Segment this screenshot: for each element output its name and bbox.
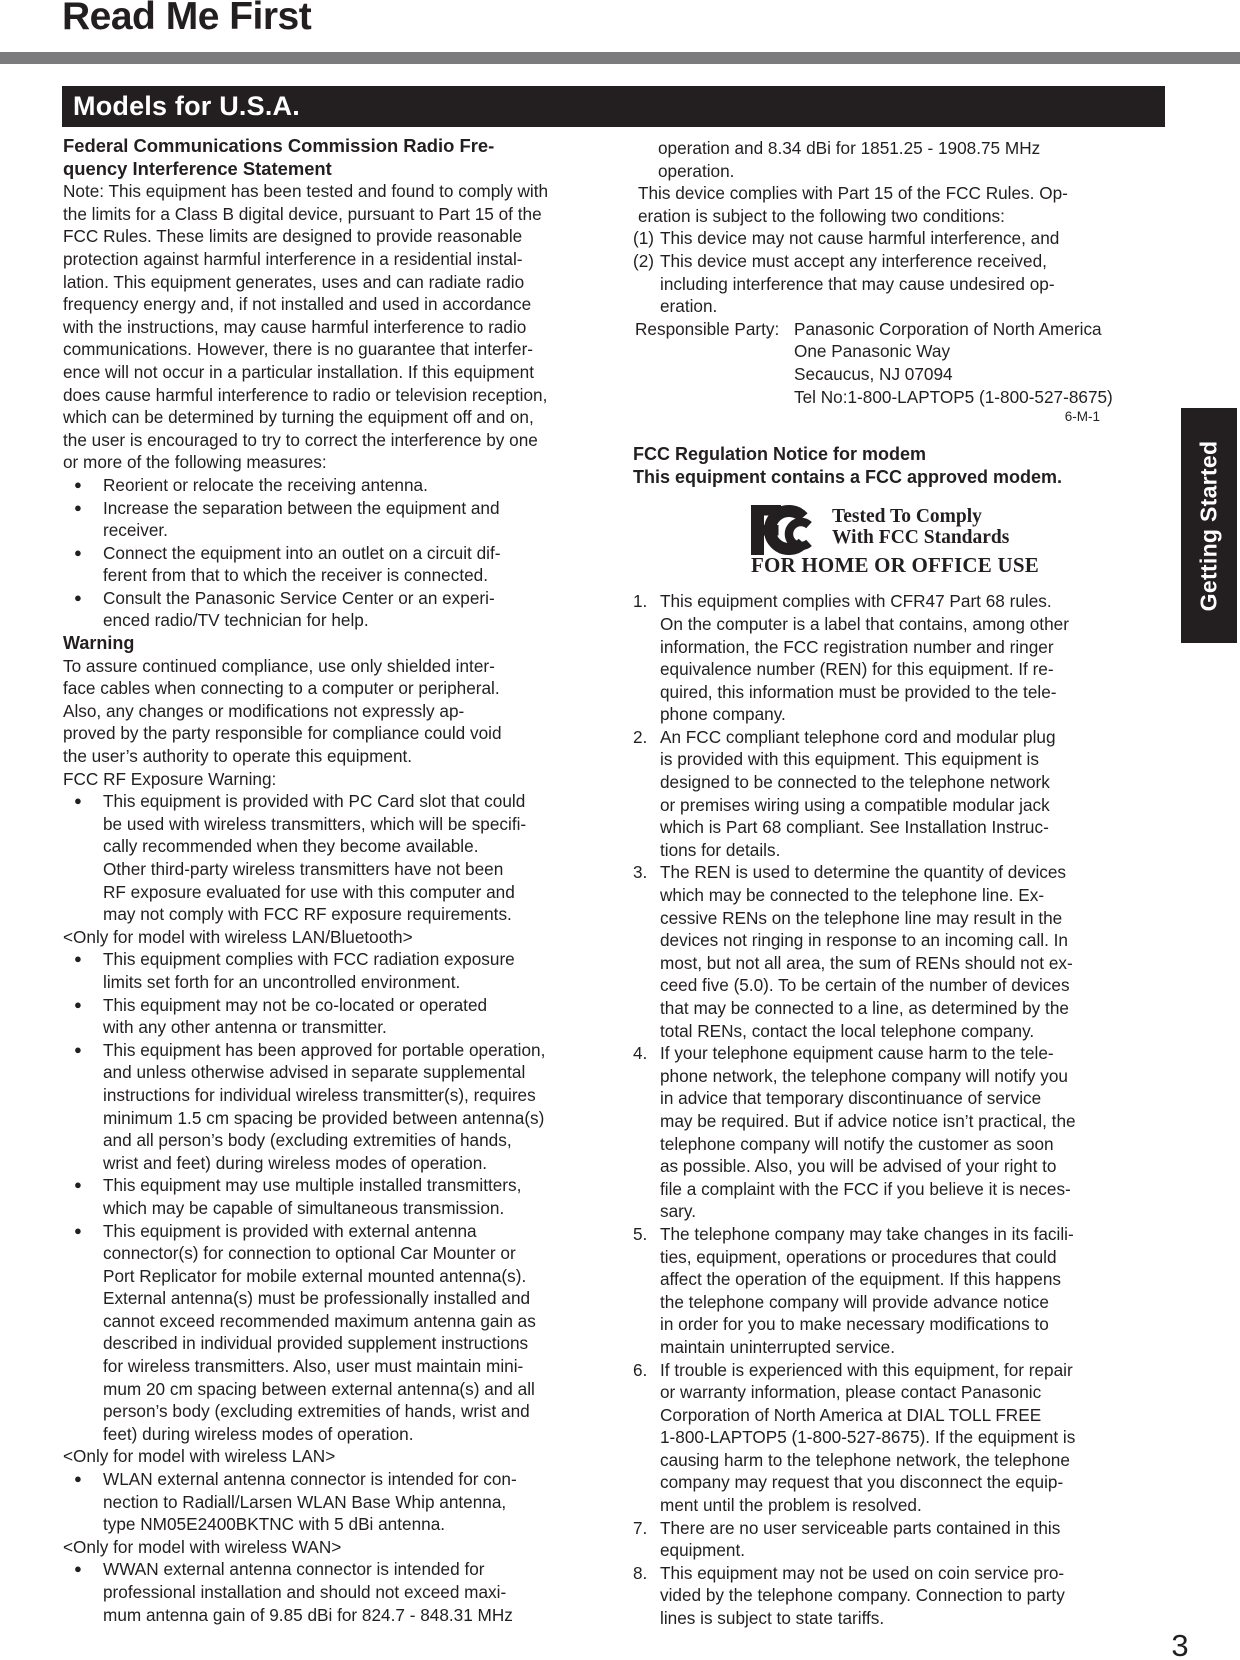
title-divider-bar: [0, 52, 1240, 64]
right-list-item: 2.An FCC compliant telephone cord and mo…: [633, 726, 1107, 862]
chapter-tab-label: Getting Started: [1196, 440, 1223, 611]
bullet-text: This equipment is provided with external…: [103, 1220, 536, 1446]
bullet-text: This equipment complies with FCC radiati…: [103, 948, 515, 993]
bullet-icon: ●: [63, 1468, 103, 1536]
list-marker: 7.: [633, 1517, 660, 1562]
left-bullet-item: ●This equipment is provided with externa…: [63, 1220, 575, 1446]
list-marker: 5.: [633, 1223, 660, 1359]
fcc-mark-usage-line: FOR HOME OR OFFICE USE: [751, 554, 1039, 576]
bullet-text: WWAN external antenna connector is inten…: [103, 1558, 513, 1626]
right-continuation-text: This device complies with Part 15 of the…: [633, 182, 1107, 227]
bullet-icon: ●: [63, 542, 103, 587]
bullet-text: Connect the equipment into an outlet on …: [103, 542, 500, 587]
right-list-item: 3.The REN is used to determine the quant…: [633, 861, 1107, 1042]
list-item-text: If your telephone equipment cause harm t…: [660, 1042, 1076, 1223]
list-item-text: This device may not cause harmful interf…: [660, 227, 1059, 250]
bullet-icon: ●: [63, 1558, 103, 1626]
manual-page: Read Me First Models for U.S.A. Federal …: [0, 0, 1240, 1660]
left-bullet-item: ●WWAN external antenna connector is inte…: [63, 1558, 575, 1626]
list-marker: 4.: [633, 1042, 660, 1223]
bullet-icon: ●: [63, 1039, 103, 1175]
bullet-icon: ●: [63, 497, 103, 542]
list-marker: 6.: [633, 1359, 660, 1517]
list-marker: 3.: [633, 861, 660, 1042]
right-list-item: 8.This equipment may not be used on coin…: [633, 1562, 1107, 1630]
bullet-icon: ●: [63, 790, 103, 926]
left-paragraph: Note: This equipment has been tested and…: [63, 180, 575, 474]
left-bullet-item: ●This equipment may use multiple install…: [63, 1174, 575, 1219]
list-item-text: The REN is used to determine the quantit…: [660, 861, 1073, 1042]
bullet-text: This equipment has been approved for por…: [103, 1039, 545, 1175]
page-title: Read Me First: [62, 0, 311, 39]
right-column: operation and 8.34 dBi for 1851.25 - 190…: [633, 137, 1107, 1630]
bullet-icon: ●: [63, 1220, 103, 1446]
left-bullet-item: ●WLAN external antenna connector is inte…: [63, 1468, 575, 1536]
right-list-item: (2)This device must accept any interfere…: [633, 250, 1107, 318]
list-item-text: This equipment may not be used on coin s…: [660, 1562, 1065, 1630]
list-item-text: The telephone company may take changes i…: [660, 1223, 1074, 1359]
bullet-text: Consult the Panasonic Service Center or …: [103, 587, 495, 632]
revision-code: 6-M-1: [633, 408, 1107, 426]
bullet-text: This equipment may use multiple installe…: [103, 1174, 521, 1219]
left-paragraph: <Only for model with wireless WAN>: [63, 1536, 575, 1559]
left-bullet-item: ●Connect the equipment into an outlet on…: [63, 542, 575, 587]
bullet-icon: ●: [63, 474, 103, 497]
chapter-tab: Getting Started: [1181, 408, 1237, 643]
fcc-mark-caption: Tested To Comply With FCC Standards: [832, 506, 1009, 548]
list-marker: 8.: [633, 1562, 660, 1630]
left-bullet-item: ●This equipment has been approved for po…: [63, 1039, 575, 1175]
fcc-logo-icon: [751, 505, 821, 555]
list-item-text: An FCC compliant telephone cord and modu…: [660, 726, 1056, 862]
right-list-item: 7.There are no user serviceable parts co…: [633, 1517, 1107, 1562]
left-bullet-item: ●This equipment complies with FCC radiat…: [63, 948, 575, 993]
left-bullet-item: ●Increase the separation between the equ…: [63, 497, 575, 542]
page-number: 3: [1155, 1632, 1205, 1660]
list-item-text: This equipment complies with CFR47 Part …: [660, 590, 1069, 726]
right-list-item: (1)This device may not cause harmful int…: [633, 227, 1107, 250]
list-marker: (1): [633, 227, 660, 250]
bullet-text: This equipment may not be co-located or …: [103, 994, 487, 1039]
right-continuation-text: operation and 8.34 dBi for 1851.25 - 190…: [633, 137, 1107, 182]
bullet-text: WLAN external antenna connector is inten…: [103, 1468, 517, 1536]
right-list-item: 6.If trouble is experienced with this eq…: [633, 1359, 1107, 1517]
responsible-party-label: Responsible Party:: [633, 318, 794, 408]
list-item-text: This device must accept any interference…: [660, 250, 1055, 318]
left-paragraph: <Only for model with wireless LAN>: [63, 1445, 575, 1468]
list-item-text: If trouble is experienced with this equi…: [660, 1359, 1075, 1517]
right-subheading: FCC Regulation Notice for modem This equ…: [633, 443, 1107, 488]
bullet-icon: ●: [63, 948, 103, 993]
left-subheading: Warning: [63, 632, 575, 655]
left-heading: Federal Communications Commission Radio …: [63, 135, 575, 180]
left-bullet-item: ●Consult the Panasonic Service Center or…: [63, 587, 575, 632]
bullet-text: Increase the separation between the equi…: [103, 497, 500, 542]
list-marker: 2.: [633, 726, 660, 862]
right-list-item: 5.The telephone company may take changes…: [633, 1223, 1107, 1359]
list-marker: 1.: [633, 590, 660, 726]
left-column: Federal Communications Commission Radio …: [63, 135, 575, 1626]
responsible-party-value: Panasonic Corporation of North America O…: [794, 318, 1113, 408]
left-paragraph: <Only for model with wireless LAN/Blueto…: [63, 926, 575, 949]
list-item-text: There are no user serviceable parts cont…: [660, 1517, 1060, 1562]
left-bullet-item: ●This equipment is provided with PC Card…: [63, 790, 575, 926]
list-marker: (2): [633, 250, 660, 318]
left-paragraph: To assure continued compliance, use only…: [63, 655, 575, 791]
section-header-label: Models for U.S.A.: [73, 89, 300, 123]
bullet-icon: ●: [63, 587, 103, 632]
fcc-compliance-mark: Tested To Comply With FCC StandardsFOR H…: [633, 505, 1107, 575]
bullet-text: This equipment is provided with PC Card …: [103, 790, 526, 926]
right-list-item: 1.This equipment complies with CFR47 Par…: [633, 590, 1107, 726]
bullet-text: Reorient or relocate the receiving anten…: [103, 474, 428, 497]
right-responsible-party: Responsible Party:Panasonic Corporation …: [633, 318, 1107, 408]
left-bullet-item: ●Reorient or relocate the receiving ante…: [63, 474, 575, 497]
bullet-icon: ●: [63, 1174, 103, 1219]
bullet-icon: ●: [63, 994, 103, 1039]
section-header-bar: Models for U.S.A.: [62, 86, 1165, 127]
right-list-item: 4.If your telephone equipment cause harm…: [633, 1042, 1107, 1223]
left-bullet-item: ●This equipment may not be co-located or…: [63, 994, 575, 1039]
